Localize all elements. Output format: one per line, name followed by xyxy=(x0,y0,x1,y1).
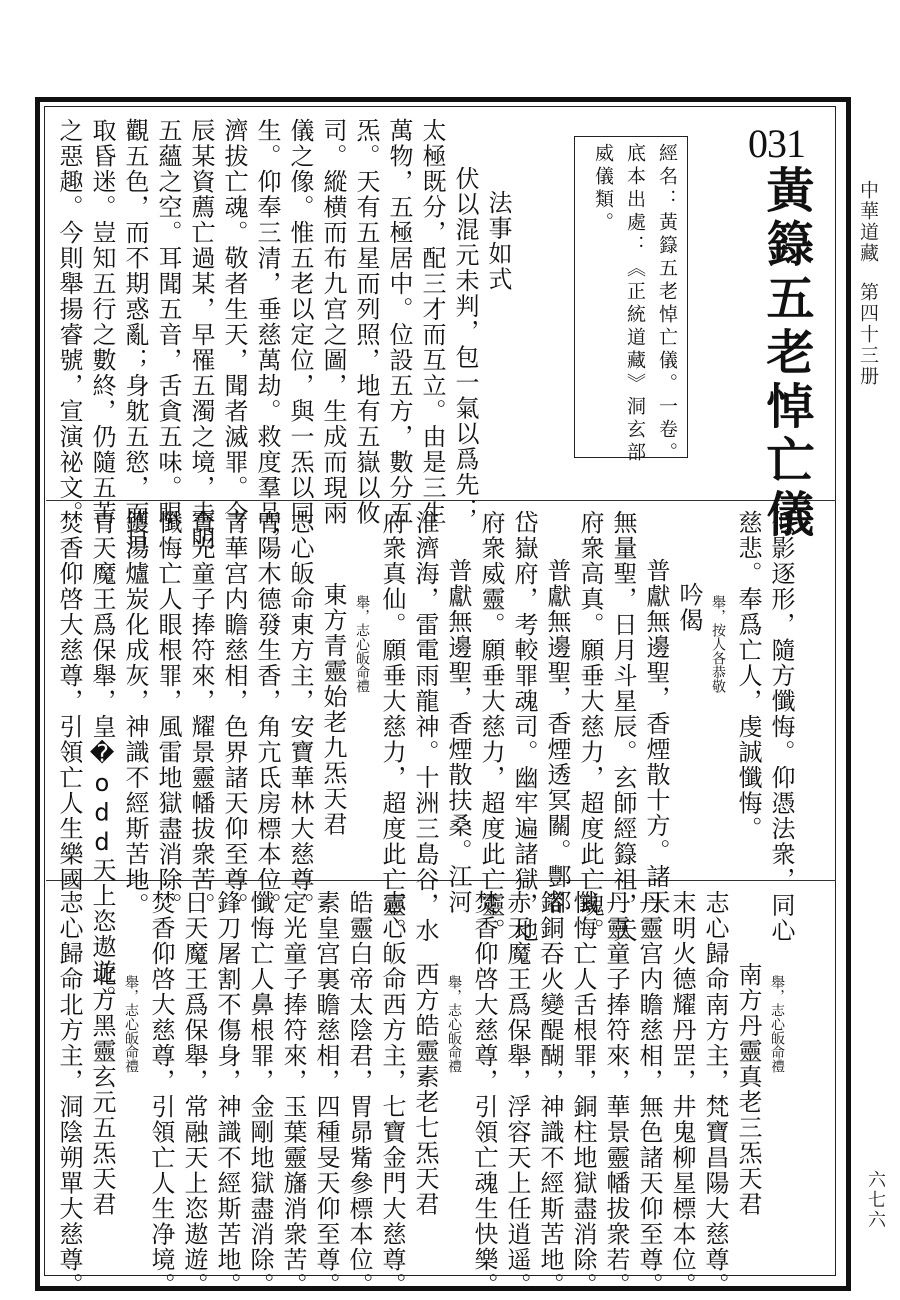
text-column: 西方皓靈素老七炁天君 xyxy=(408,890,441,1298)
text-column: 日天魔王爲保舉，常融天上恣遨遊。 xyxy=(177,890,210,1298)
text-column: 伏以混元未判，包一氣以爲先； xyxy=(448,118,481,552)
text-column: 萬物，五極居中。位設五方，數分五 xyxy=(382,118,415,552)
info-line: 威儀類。 xyxy=(587,143,619,235)
text-column: 定光童子捧符來，玉葉靈旛消衆苦。 xyxy=(276,890,309,1298)
text-column: 焚香仰啓大慈尊，引領亡魂生快樂。 xyxy=(467,890,500,1298)
rubric-note: 舉，志心皈命禮 xyxy=(118,890,144,1298)
text-column: 生。仰奉三清，垂慈萬劫。救度羣品， xyxy=(250,118,283,552)
text-column: 志心皈命西方主，七寶金門大慈尊。 xyxy=(375,890,408,1298)
text-column: 鋒刀屠割不傷身，神識不經斯苦地。 xyxy=(210,890,243,1298)
text-columns: 似影逐形，隨方懺悔。仰憑法衆，同心慈悲。奉爲亡人，虔誠懺悔。舉，按人各恭敬吟偈普… xyxy=(52,510,797,872)
collection-name: 中華道藏 xyxy=(857,180,879,264)
text-column: 辰某資薦亡過某，早罹五濁之境，未明 xyxy=(184,118,217,552)
text-column: 焚香仰啓大慈尊，引領亡人生净境。 xyxy=(144,890,177,1298)
text-column: 法事如式 xyxy=(481,118,514,552)
text-column: 之惡趣。今則舉揚睿號，宣演祕文。 xyxy=(52,118,85,552)
text-column: 赤天魔王爲保舉，浮容天上任逍遥。 xyxy=(500,890,533,1298)
text-column: 素皇宫裏瞻慈相，四種旻天仰至尊。 xyxy=(309,890,342,1298)
text-column: 取昏迷。豈知五行之數終，仍隨五苦 xyxy=(85,118,118,552)
scripture-number: 031 xyxy=(748,120,805,167)
text-column: 觀五色，而不期惑亂；身躭五慾，而自 xyxy=(118,118,151,552)
text-column: 五蘊之空。耳聞五音，舌貪五味。眼 xyxy=(151,118,184,552)
text-columns: 舉，志心皈命禮南方丹靈真老三炁天君志心歸命南方主，梵寶昌陽大慈尊。末明火德耀丹罡… xyxy=(52,890,790,1270)
text-column: 志心歸命北方主，洞陰朔單大慈尊。 xyxy=(52,890,85,1298)
text-column: 鎔銅吞火變醍醐，神識不經斯苦地。 xyxy=(533,890,566,1298)
info-line: 底本出處：《正統道藏》洞玄部 xyxy=(619,143,651,465)
page-number: 六七六 xyxy=(862,1170,888,1230)
volume-label: 第四十三册 xyxy=(857,282,879,387)
running-header: 中華道藏第四十三册 xyxy=(855,180,882,387)
text-column: 皓靈白帝太陰君，胃昴觜參標本位。 xyxy=(342,890,375,1298)
text-columns: 法事如式伏以混元未判，包一氣以爲先；太極既分，配三才而互立。由是三生萬物，五極居… xyxy=(52,118,514,490)
register-top: 法事如式伏以混元未判，包一氣以爲先；太極既分，配三才而互立。由是三生萬物，五極居… xyxy=(52,118,564,490)
text-column: 末明火德耀丹罡，井鬼柳星標本位。 xyxy=(665,890,698,1298)
scripture-title: 黃籙五老悼亡儀 xyxy=(752,165,821,543)
text-column: 丹靈宫内瞻慈相，無色諸天仰至尊。 xyxy=(632,890,665,1298)
text-column: 懺悔亡人舌根罪，銅柱地獄盡消除。 xyxy=(566,890,599,1298)
text-column: 丹靈童子捧符來，華景靈幡拔衆若。 xyxy=(599,890,632,1298)
register-middle: 似影逐形，隨方懺悔。仰憑法衆，同心慈悲。奉爲亡人，虔誠懺悔。舉，按人各恭敬吟偈普… xyxy=(52,510,828,872)
text-column: 南方丹靈真老三炁天君 xyxy=(731,890,764,1298)
text-column: 北方黑靈玄元五炁天君 xyxy=(85,890,118,1298)
text-column: 志心歸命南方主，梵寶昌陽大慈尊。 xyxy=(698,890,731,1298)
text-column: 濟拔亡魂。敬者生天，聞者滅罪。今 xyxy=(217,118,250,552)
scripture-info-box: 經名：黃籙五老悼亡儀。一卷。 底本出處：《正統道藏》洞玄部 威儀類。 xyxy=(574,136,688,458)
text-column: 司。縱横而布九宫之圖，生成而現兩 xyxy=(316,118,349,552)
text-column: 懺悔亡人鼻根罪，金剛地獄盡消除。 xyxy=(243,890,276,1298)
info-line: 經名：黃籙五老悼亡儀。一卷。 xyxy=(651,143,683,465)
text-column: 太極既分，配三才而互立。由是三生 xyxy=(415,118,448,552)
rubric-note: 舉，志心皈命禮 xyxy=(441,890,467,1298)
register-bottom: 舉，志心皈命禮南方丹靈真老三炁天君志心歸命南方主，梵寶昌陽大慈尊。末明火德耀丹罡… xyxy=(52,890,828,1270)
rubric-note: 舉，志心皈命禮 xyxy=(764,890,790,1298)
text-column: 炁。天有五星而列照，地有五嶽以攸 xyxy=(349,118,382,552)
text-column: 儀之像。惟五老以定位，與一炁以同 xyxy=(283,118,316,552)
